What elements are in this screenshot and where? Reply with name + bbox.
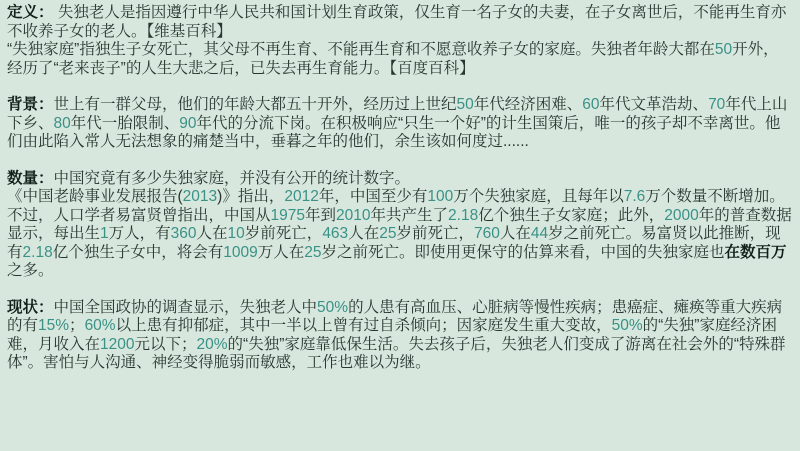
number-run: 2012 — [284, 188, 318, 205]
text-run: 年代一胎限制、 — [71, 115, 180, 132]
number-run: 80 — [54, 115, 71, 132]
section-definition: 定义： 失独老人是指因遵行中华人民共和国计划生育政策，仅生育一名子女的夫妻，在子… — [7, 4, 793, 78]
text-run: 亿个独生子女家庭；此外， — [478, 207, 664, 224]
number-run: 760 — [474, 225, 500, 242]
number-run: 50 — [457, 96, 474, 113]
number-run: 2.18 — [23, 244, 53, 261]
text-run: 失独老人是指因遵行中华人民共和国计划生育政策，仅生育一名子女的夫妻，在子女离世后… — [7, 4, 786, 40]
number-run: 1 — [100, 225, 109, 242]
text-run: )》指出， — [217, 188, 284, 205]
section-status: 现状：中国全国政协的调查显示，失独老人中50%的人患有高血压、心脏病等慢性疾病；… — [7, 299, 793, 373]
text-run: 人在 — [197, 225, 228, 242]
text-run: 元以下； — [135, 336, 197, 353]
section-background: 背景：世上有一群父母，他们的年龄大都五十开外，经历过上世纪50年代经济困难、60… — [7, 96, 793, 152]
number-run: 463 — [322, 225, 348, 242]
text-run: 岁之前死亡。即使用更保守的估算来看，中国的失独家庭也 — [321, 244, 724, 261]
text-run: 岁前死亡， — [245, 225, 323, 242]
text-run: 万人，有 — [109, 225, 171, 242]
number-run: 50 — [715, 41, 732, 58]
bold-run: 在数百万 — [724, 244, 786, 261]
text-run: 人在 — [500, 225, 531, 242]
paragraph: 现状：中国全国政协的调查显示，失独老人中50%的人患有高血压、心脏病等慢性疾病；… — [7, 299, 793, 373]
text-run: 万个失独家庭，且每年以 — [453, 188, 624, 205]
document-body: 定义： 失独老人是指因遵行中华人民共和国计划生育政策，仅生育一名子女的夫妻，在子… — [7, 4, 793, 373]
paragraph: 定义： 失独老人是指因遵行中华人民共和国计划生育政策，仅生育一名子女的夫妻，在子… — [7, 4, 793, 41]
section-label: 现状： — [7, 299, 54, 316]
text-run: 年，中国至少有 — [319, 188, 428, 205]
number-run: 44 — [531, 225, 548, 242]
number-run: 50% — [317, 299, 348, 316]
number-run: 1975 — [271, 207, 305, 224]
number-run: 1200 — [100, 336, 134, 353]
paragraph: “失独家庭”指独生子女死亡，其父母不再生育、不能再生育和不愿意收养子女的家庭。失… — [7, 41, 793, 78]
text-run: 之多。 — [7, 262, 54, 279]
number-run: 10 — [228, 225, 245, 242]
text-run: 年代文革浩劫、 — [600, 96, 709, 113]
text-run: 年到 — [305, 207, 336, 224]
number-run: 20% — [197, 336, 228, 353]
text-run: “失独家庭”指独生子女死亡，其父母不再生育、不能再生育和不愿意收养子女的家庭。失… — [7, 41, 715, 58]
text-run: 年共产生了 — [371, 207, 449, 224]
paragraph: 数量：中国究竟有多少失独家庭，并没有公开的统计数字。 — [7, 170, 793, 189]
number-run: 2.18 — [448, 207, 478, 224]
text-run: 万人在 — [258, 244, 305, 261]
number-run: 2010 — [336, 207, 370, 224]
number-run: 1009 — [223, 244, 257, 261]
number-run: 90 — [179, 115, 196, 132]
section-quantity: 数量：中国究竟有多少失独家庭，并没有公开的统计数字。《中国老龄事业发展报告(20… — [7, 170, 793, 281]
paragraph: 背景：世上有一群父母，他们的年龄大都五十开外，经历过上世纪50年代经济困难、60… — [7, 96, 793, 152]
text-run: 以上患有抑郁症，其中一半以上曾有过自杀倾向；因家庭发生重大变故， — [116, 317, 612, 334]
number-run: 2000 — [664, 207, 698, 224]
number-run: 70 — [708, 96, 725, 113]
section-label: 数量： — [7, 170, 54, 187]
number-run: 7.6 — [624, 188, 646, 205]
section-label: 定义： — [7, 4, 54, 21]
section-label: 背景： — [7, 96, 54, 113]
text-run: 岁前死亡， — [396, 225, 474, 242]
text-run: 《中国老龄事业发展报告( — [7, 188, 183, 205]
paragraph: 《中国老龄事业发展报告(2013)》指出，2012年，中国至少有100万个失独家… — [7, 188, 793, 281]
number-run: 25 — [379, 225, 396, 242]
text-run: 中国究竟有多少失独家庭，并没有公开的统计数字。 — [54, 170, 411, 187]
number-run: 2013 — [183, 188, 217, 205]
text-run: 亿个独生子女中，将会有 — [53, 244, 224, 261]
text-run: 中国全国政协的调查显示，失独老人中 — [54, 299, 318, 316]
number-run: 60 — [582, 96, 599, 113]
text-run: 年代经济困难、 — [474, 96, 583, 113]
text-run: 世上有一群父母，他们的年龄大都五十开外，经历过上世纪 — [54, 96, 457, 113]
number-run: 50% — [612, 317, 643, 334]
number-run: 360 — [171, 225, 197, 242]
number-run: 100 — [427, 188, 453, 205]
number-run: 60% — [85, 317, 116, 334]
number-run: 15% — [38, 317, 69, 334]
number-run: 25 — [304, 244, 321, 261]
text-run: ； — [69, 317, 85, 334]
text-run: 人在 — [348, 225, 379, 242]
